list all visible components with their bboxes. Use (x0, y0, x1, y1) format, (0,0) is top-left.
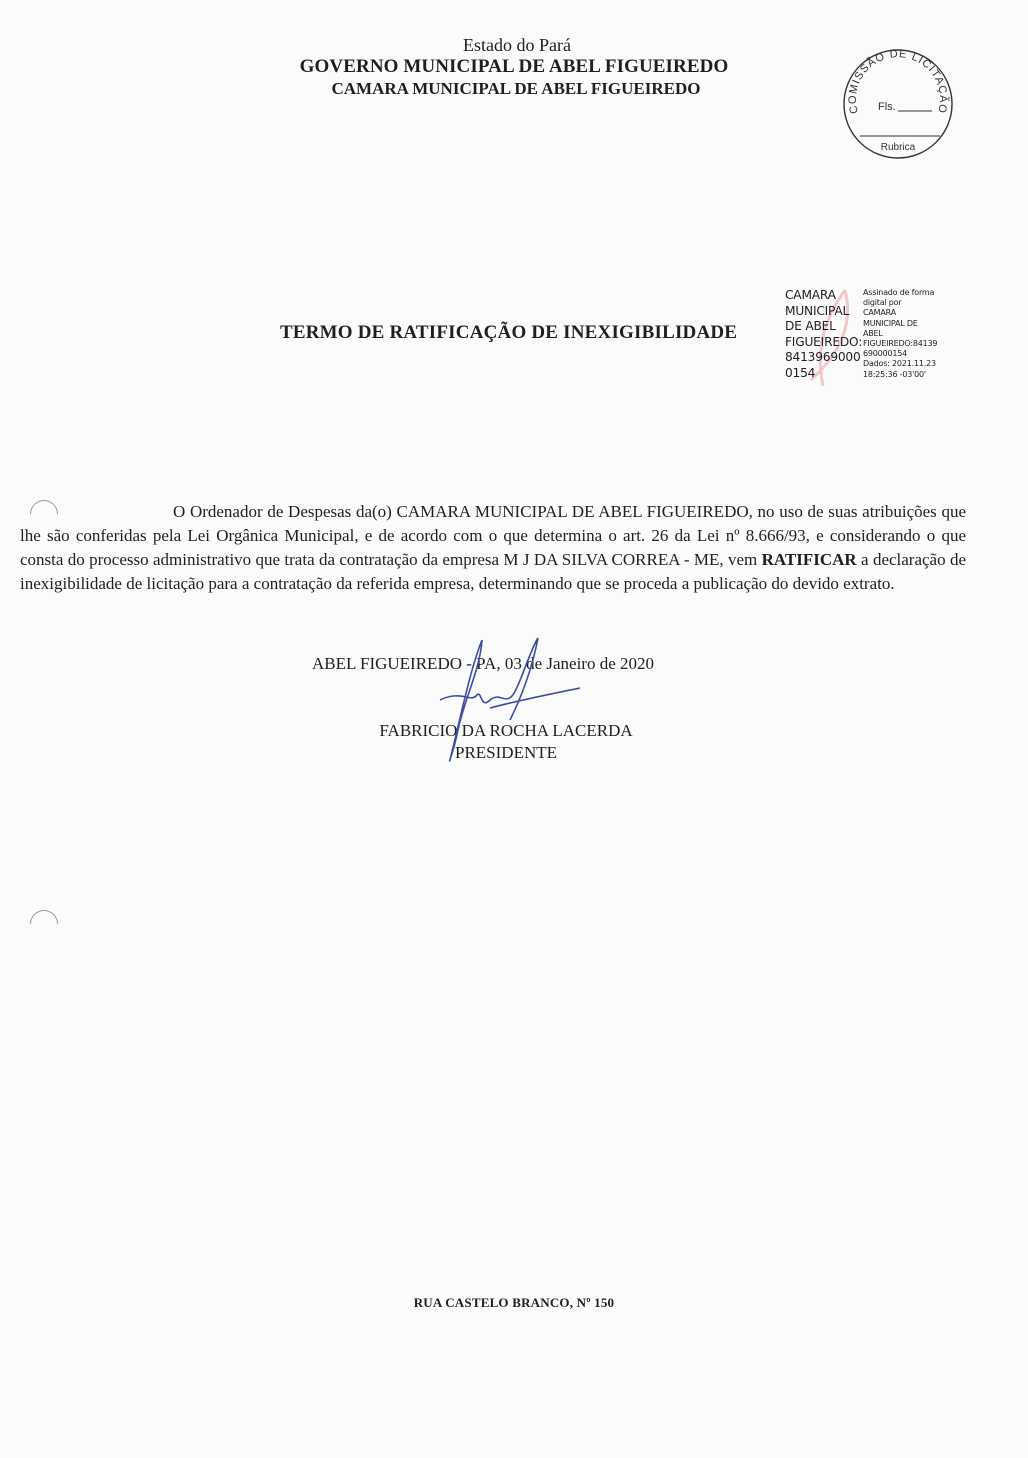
digital-signature-detail-line: Dados: 2021.11.23 (863, 359, 963, 369)
body-text-bold: RATIFICAR (762, 550, 857, 569)
digital-signature-line: DE ABEL (785, 319, 865, 335)
digital-signature-line: FIGUEIREDO: (785, 335, 865, 351)
svg-text:COMISSÃO DE LICITAÇÃO: COMISSÃO DE LICITAÇÃO (847, 48, 950, 115)
punch-hole-mark-icon (24, 904, 64, 944)
svg-text:Fls.: Fls. (878, 101, 896, 113)
svg-text:Rubrica: Rubrica (881, 142, 916, 153)
digital-signature-detail-line: Assinado de forma (863, 288, 963, 298)
digital-signature-detail-line: digital por (863, 298, 963, 308)
digital-signature-detail-line: CAMARA (863, 308, 963, 318)
commission-stamp: COMISSÃO DE LICITAÇÃO Fls. Rubrica (842, 48, 954, 160)
ratification-paragraph: O Ordenador de Despesas da(o) CAMARA MUN… (20, 500, 966, 596)
handwritten-signature-icon (420, 630, 580, 770)
digital-signature-line: CAMARA (785, 288, 865, 304)
digital-signature-line: 0154 (785, 366, 865, 382)
digital-signature-detail-line: MUNICIPAL DE (863, 319, 963, 329)
digital-signature-line: MUNICIPAL (785, 304, 865, 320)
document-title: TERMO DE RATIFICAÇÃO DE INEXIGIBILIDADE (280, 322, 737, 344)
footer-address: RUA CASTELO BRANCO, Nº 150 (0, 1295, 1028, 1311)
digital-signature-detail-line: 690000154 (863, 349, 963, 359)
digital-signature-details: Assinado de formadigital porCAMARAMUNICI… (863, 288, 963, 380)
document-page: Estado do Pará GOVERNO MUNICIPAL DE ABEL… (0, 0, 1028, 1458)
digital-signature-block: CAMARAMUNICIPALDE ABELFIGUEIREDO:8413969… (785, 288, 965, 388)
digital-signature-detail-line: 18:25:36 -03'00' (863, 370, 963, 380)
stamp-seal-icon: COMISSÃO DE LICITAÇÃO Fls. Rubrica (842, 48, 954, 160)
digital-signature-detail-line: FIGUEIREDO:84139 (863, 339, 963, 349)
digital-signature-name: CAMARAMUNICIPALDE ABELFIGUEIREDO:8413969… (785, 288, 865, 381)
digital-signature-line: 8413969000 (785, 350, 865, 366)
digital-signature-detail-line: ABEL (863, 329, 963, 339)
